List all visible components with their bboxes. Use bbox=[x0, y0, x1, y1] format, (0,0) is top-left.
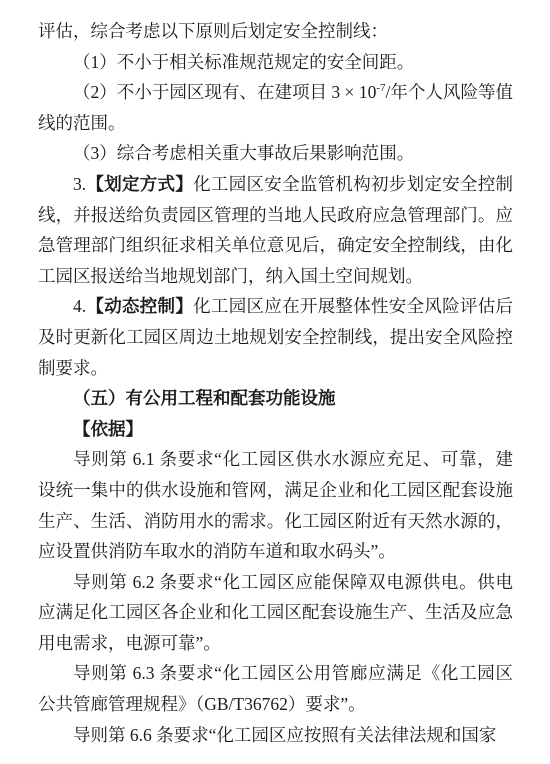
paragraph: （3）综合考虑相关重大事故后果影响范围。 bbox=[38, 138, 513, 169]
paragraph: 导则第 6.3 条要求“化工园区公用管廊应满足《化工园区公共管廊管理规程》（GB… bbox=[38, 658, 513, 719]
document-page: 评估，综合考虑以下原则后划定安全控制线：（1）不小于相关标准规范规定的安全间距。… bbox=[0, 0, 550, 764]
text-run: （3）综合考虑相关重大事故后果影响范围。 bbox=[73, 143, 414, 163]
text-run: 导则第 6.6 条要求“化工园区应按照有关法律法规和国家 bbox=[73, 725, 496, 745]
text-run: 导则第 6.3 条要求“化工园区公用管廊应满足《化工园区公共管廊管理规程》（GB… bbox=[38, 663, 513, 714]
paragraph: （1）不小于相关标准规范规定的安全间距。 bbox=[38, 47, 513, 78]
paragraph: （2）不小于园区现有、在建项目 3 × 10-7/年个人风险等值线的范围。 bbox=[38, 77, 513, 138]
paragraph: 4.【动态控制】化工园区应在开展整体性安全风险评估后及时更新化工园区周边土地规划… bbox=[38, 291, 513, 383]
bold-text-run: （五）有公用工程和配套功能设施 bbox=[73, 388, 336, 408]
paragraph: 导则第 6.6 条要求“化工园区应按照有关法律法规和国家 bbox=[38, 720, 513, 751]
text-run: 4. bbox=[73, 296, 86, 316]
text-run: （1）不小于相关标准规范规定的安全间距。 bbox=[73, 52, 414, 72]
document-body: 评估，综合考虑以下原则后划定安全控制线：（1）不小于相关标准规范规定的安全间距。… bbox=[38, 16, 513, 750]
paragraph: 3.【划定方式】化工园区安全监管机构初步划定安全控制线，并报送给负责园区管理的当… bbox=[38, 169, 513, 291]
paragraph: 导则第 6.2 条要求“化工园区应能保障双电源供电。供电应满足化工园区各企业和化… bbox=[38, 567, 513, 659]
superscript-run: -7 bbox=[376, 82, 385, 94]
text-run: 评估，综合考虑以下原则后划定安全控制线： bbox=[38, 21, 388, 41]
paragraph: （五）有公用工程和配套功能设施 bbox=[38, 383, 513, 414]
bold-text-run: 【依据】 bbox=[73, 419, 143, 439]
paragraph: 导则第 6.1 条要求“化工园区供水水源应充足、可靠，建设统一集中的供水设施和管… bbox=[38, 444, 513, 566]
text-run: 导则第 6.1 条要求“化工园区供水水源应充足、可靠，建设统一集中的供水设施和管… bbox=[38, 449, 513, 561]
paragraph: 【依据】 bbox=[38, 414, 513, 445]
text-run: （2）不小于园区现有、在建项目 3 × 10 bbox=[73, 82, 376, 102]
text-run: 导则第 6.2 条要求“化工园区应能保障双电源供电。供电应满足化工园区各企业和化… bbox=[38, 572, 513, 653]
bold-text-run: 【动态控制】 bbox=[86, 296, 193, 316]
bold-text-run: 【划定方式】 bbox=[86, 174, 193, 194]
paragraph: 评估，综合考虑以下原则后划定安全控制线： bbox=[38, 16, 513, 47]
text-run: 3. bbox=[73, 174, 86, 194]
